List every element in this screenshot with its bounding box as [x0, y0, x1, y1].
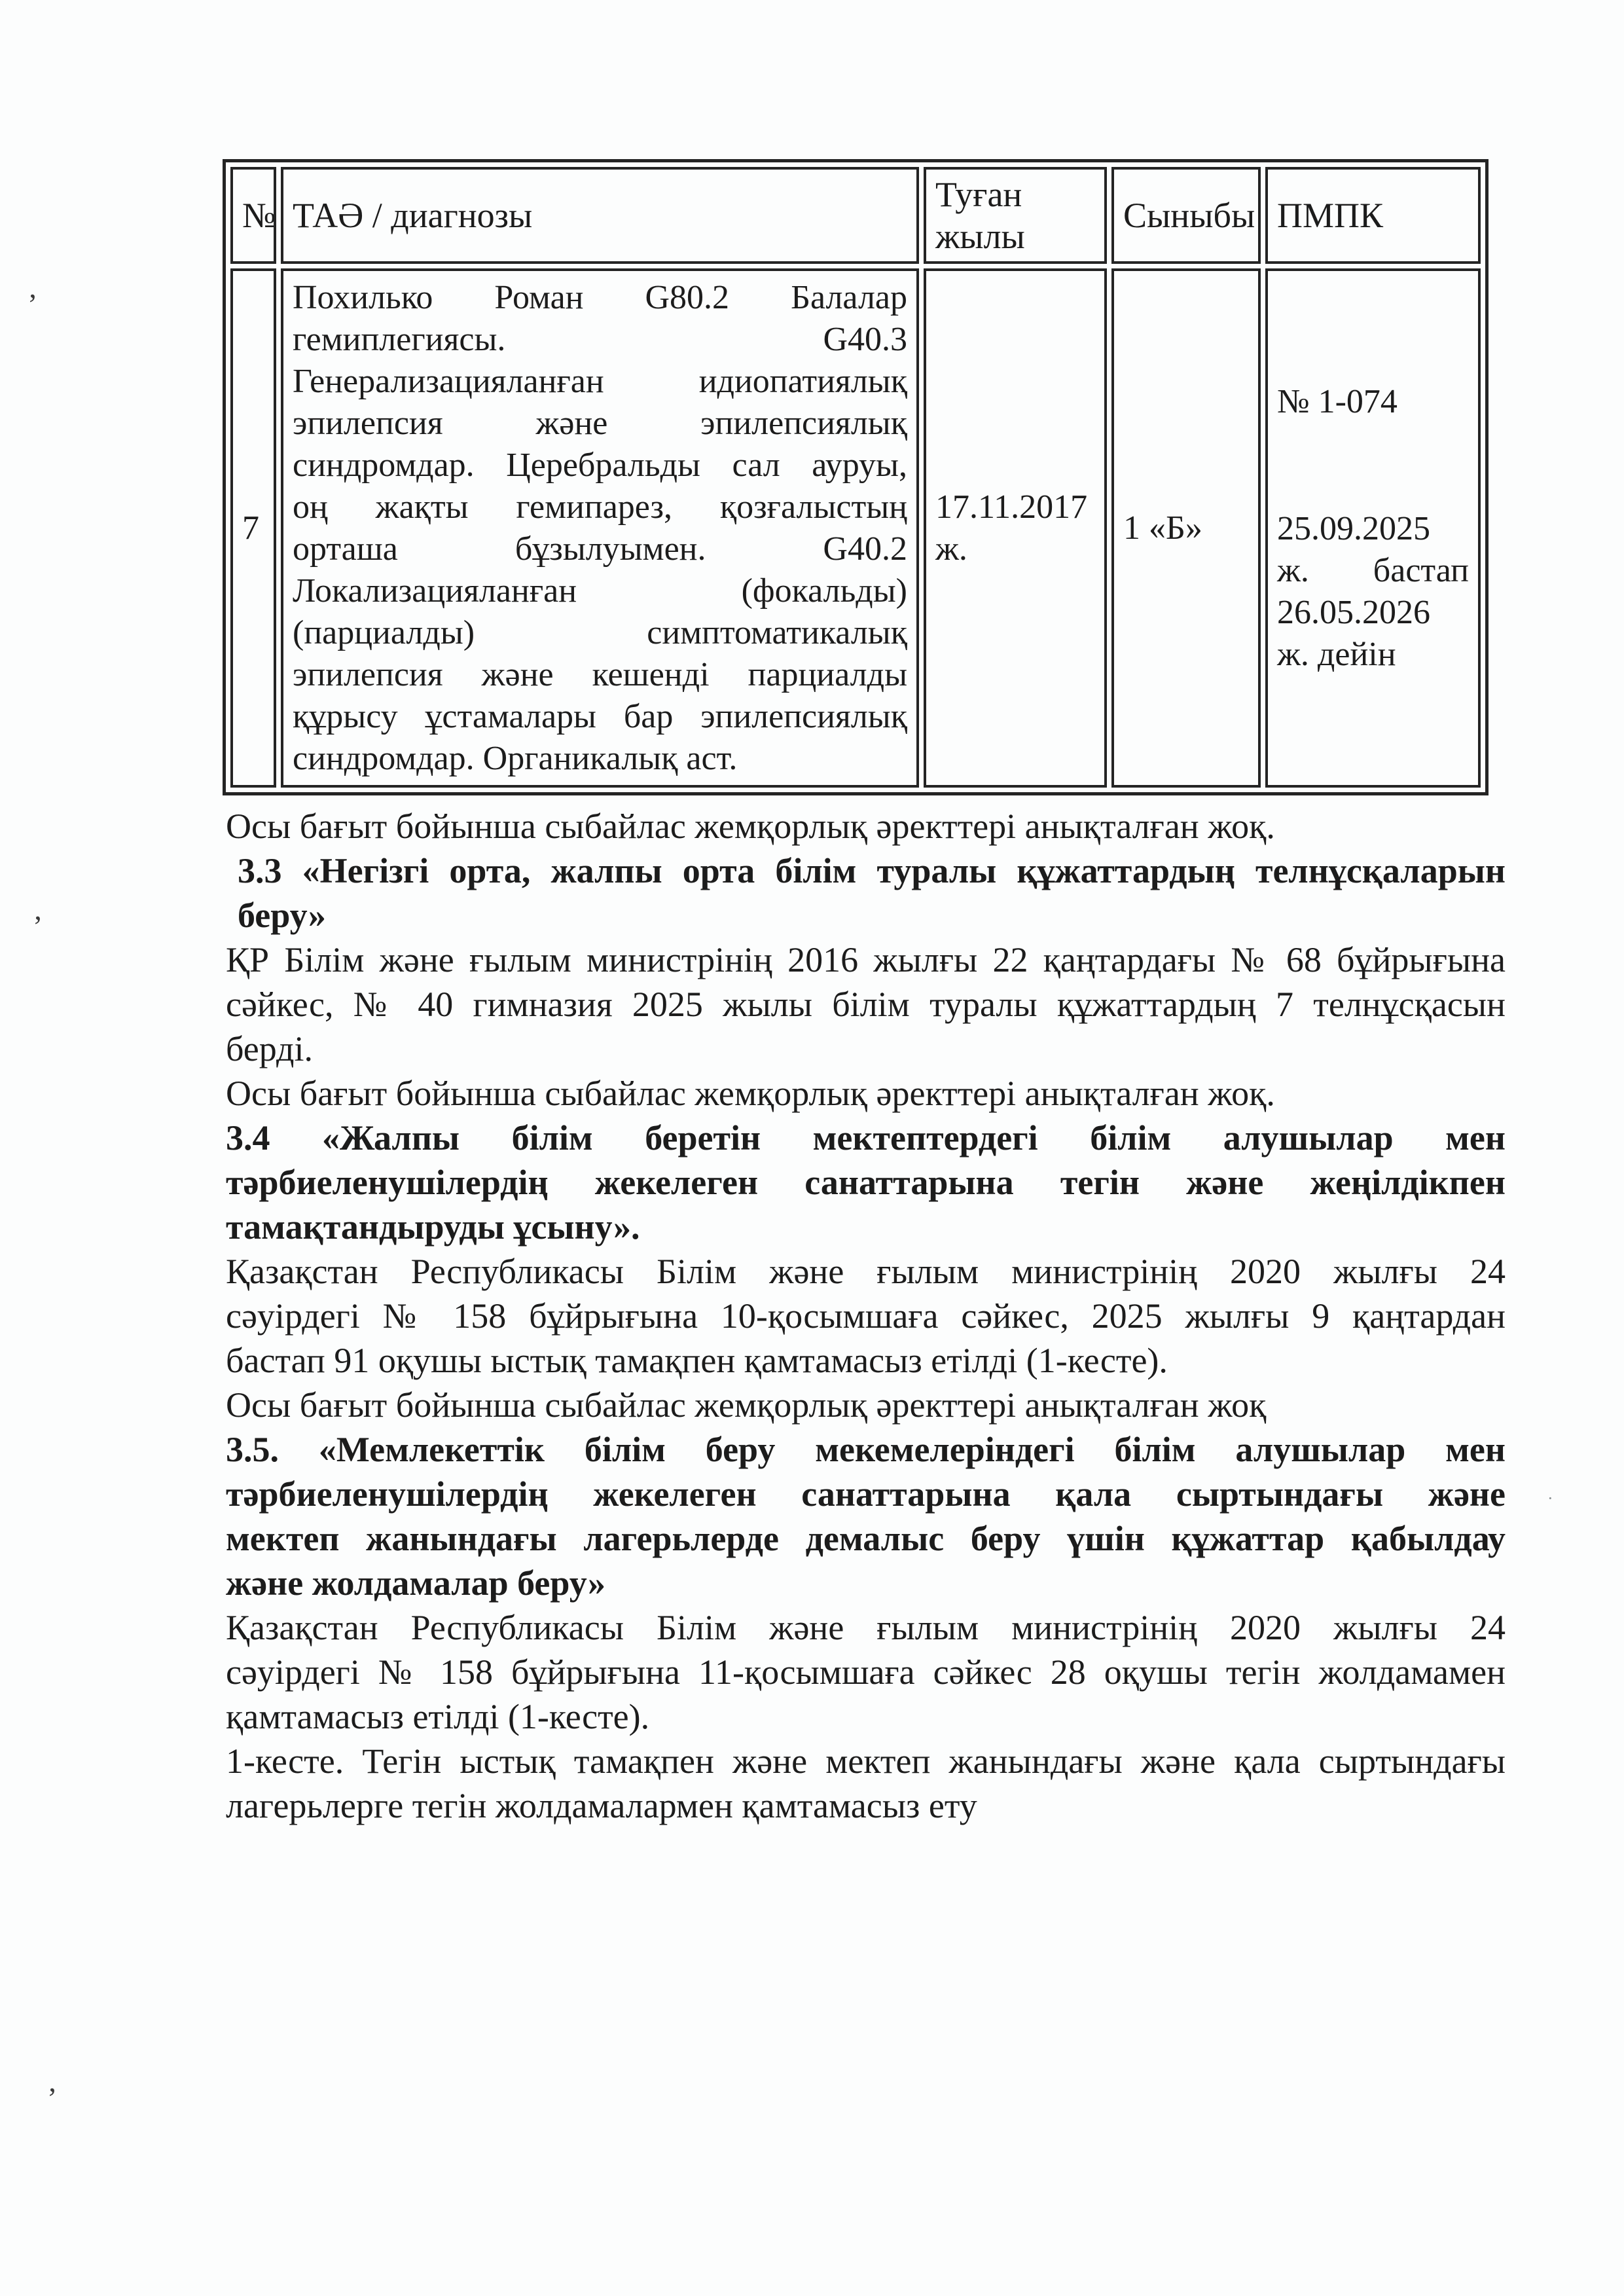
text-line: сәуірдегі № 158 бұйрығына 11-қосымшаға с…: [226, 1650, 1506, 1694]
paragraph: Осы бағыт бойынша сыбайлас жемқорлық әре…: [226, 1071, 1506, 1116]
header-cell-name-diagnosis: ТАӘ / диагнозы: [281, 167, 919, 264]
text-line: бастап 91 оқушы ыстық тамақпен қамтамасы…: [226, 1338, 1506, 1383]
header-cell-no: №: [230, 167, 276, 264]
text-line: Генерализацияланған идиопатиялық: [293, 361, 907, 403]
scan-artifact: ’: [27, 289, 37, 319]
header-cell-birth-year: Туғанжылы: [924, 167, 1107, 264]
text-line: тәрбиеленушілердің жекелеген санаттарына…: [226, 1472, 1506, 1516]
text-line: 3.4 «Жалпы білім беретін мектептердегі б…: [226, 1116, 1506, 1160]
text-line: 1-кесте. Тегін ыстық тамақпен және мекте…: [226, 1739, 1506, 1783]
section-heading: 3.5. «Мемлекеттік білім беру мекемелерін…: [226, 1427, 1506, 1605]
cell-class: 1 «Б»: [1111, 268, 1261, 788]
text-line: эпилепсия және эпилепсиялық: [293, 403, 907, 445]
paragraph: Қазақстан Республикасы Білім және ғылым …: [226, 1605, 1506, 1739]
cell-birth-year: 17.11.2017ж.: [924, 268, 1107, 788]
text-line: гемиплегиясы. G40.3: [293, 319, 907, 361]
text-line: қамтамасыз етілді (1-кесте).: [226, 1694, 1506, 1739]
section-heading: 3.3 «Негізгі орта, жалпы орта білім тура…: [226, 848, 1506, 938]
text-line: сәуірдегі № 158 бұйрығына 10-қосымшаға с…: [226, 1294, 1506, 1338]
text-line: 17.11.2017: [935, 486, 1095, 528]
cell-name-diagnosis: Похилько Роман G80.2 Балаларгемиплегиясы…: [281, 268, 919, 788]
text-line: Осы бағыт бойынша сыбайлас жемқорлық әре…: [226, 1071, 1506, 1116]
text-line: № 1-074: [1277, 381, 1469, 423]
text-line: Сыныбы: [1123, 194, 1249, 236]
text-line: №: [242, 194, 264, 236]
scan-artifact: ·: [1547, 1484, 1553, 1514]
text-line: синдромдар. Церебральды сал ауруы,: [293, 445, 907, 486]
text-line: оң жақты гемипарез, қозғалыстың: [293, 486, 907, 528]
text-line: ПМПК: [1277, 194, 1469, 236]
text-line: 1 «Б»: [1123, 507, 1249, 549]
text-line: Локализацияланған (фокальды): [293, 570, 907, 612]
text-line: Похилько Роман G80.2 Балалар: [293, 277, 907, 319]
paragraph: Осы бағыт бойынша сыбайлас жемқорлық әре…: [226, 804, 1506, 848]
section-heading: 3.4 «Жалпы білім беретін мектептердегі б…: [226, 1116, 1506, 1249]
text-line: ж. бастап: [1277, 550, 1469, 592]
text-line: лагерьлерге тегін жолдамалармен қамтамас…: [226, 1783, 1506, 1828]
text-line: орташа бұзылуымен. G40.2: [293, 528, 907, 570]
paragraph: 1-кесте. Тегін ыстық тамақпен және мекте…: [226, 1739, 1506, 1828]
text-line: тәрбиеленушілердің жекелеген санаттарына…: [226, 1160, 1506, 1205]
cell-row-number: 7: [230, 268, 276, 788]
table-header-row: № ТАӘ / диагнозы Туғанжылы Сыныбы ПМПК: [230, 167, 1481, 264]
cell-pmpk: № 1-074 25.09.2025ж. бастап26.05.2026ж. …: [1265, 268, 1481, 788]
text-line: құрысу ұстамалары бар эпилепсиялық: [293, 696, 907, 738]
students-table: № ТАӘ / диагнозы Туғанжылы Сыныбы ПМПК 7…: [223, 159, 1489, 795]
pmpk-number: № 1-074: [1277, 381, 1469, 423]
text-line: мектеп жанындағы лагерьлерде демалыс бер…: [226, 1516, 1506, 1561]
paragraph: ҚР Білім және ғылым министрінің 2016 жыл…: [226, 938, 1506, 1071]
document-page: ’ ’ ’ · № ТАӘ / диагнозы Туғанжылы Сыныб…: [0, 0, 1624, 2296]
text-line: берді.: [226, 1027, 1506, 1071]
row-number: 7: [242, 509, 259, 547]
text-line: беру»: [238, 893, 1506, 938]
text-line: синдромдар. Органикалық аст.: [293, 738, 907, 780]
text-line: 3.3 «Негізгі орта, жалпы орта білім тура…: [238, 848, 1506, 893]
text-line: жылы: [935, 215, 1095, 257]
text-line: тамақтандыруды ұсыну».: [226, 1205, 1506, 1249]
text-line: Қазақстан Республикасы Білім және ғылым …: [226, 1605, 1506, 1650]
paragraph: Қазақстан Республикасы Білім және ғылым …: [226, 1249, 1506, 1383]
table-row: 7 Похилько Роман G80.2 Балаларгемиплегия…: [230, 268, 1481, 788]
header-cell-class: Сыныбы: [1111, 167, 1261, 264]
text-line: эпилепсия және кешенді парциалды: [293, 654, 907, 696]
text-line: ҚР Білім және ғылым министрінің 2016 жыл…: [226, 938, 1506, 982]
scan-artifact: ’: [47, 2083, 57, 2113]
text-line: (парциалды) симптоматикалық: [293, 612, 907, 654]
scan-artifact: ’: [33, 911, 43, 941]
text-line: Қазақстан Республикасы Білім және ғылым …: [226, 1249, 1506, 1294]
text-line: сәйкес, № 40 гимназия 2025 жылы білім ту…: [226, 982, 1506, 1027]
paragraph: Осы бағыт бойынша сыбайлас жемқорлық әре…: [226, 1383, 1506, 1427]
text-line: және жолдамалар беру»: [226, 1561, 1506, 1605]
text-line: Туған: [935, 173, 1095, 215]
text-line: 25.09.2025: [1277, 508, 1469, 550]
text-line: ж. дейін: [1277, 634, 1469, 676]
text-line: Осы бағыт бойынша сыбайлас жемқорлық әре…: [226, 1383, 1506, 1427]
pmpk-gap: [1277, 423, 1469, 508]
pmpk-date-range: 25.09.2025ж. бастап26.05.2026ж. дейін: [1277, 508, 1469, 676]
text-line: ТАӘ / диагнозы: [293, 194, 907, 236]
text-line: 3.5. «Мемлекеттік білім беру мекемелерін…: [226, 1427, 1506, 1472]
text-line: ж.: [935, 528, 1095, 570]
body-text: Осы бағыт бойынша сыбайлас жемқорлық әре…: [226, 804, 1506, 1828]
header-cell-pmpk: ПМПК: [1265, 167, 1481, 264]
text-line: Осы бағыт бойынша сыбайлас жемқорлық әре…: [226, 804, 1506, 848]
students-table-grid: № ТАӘ / диагнозы Туғанжылы Сыныбы ПМПК 7…: [226, 162, 1485, 792]
text-line: 26.05.2026: [1277, 592, 1469, 634]
